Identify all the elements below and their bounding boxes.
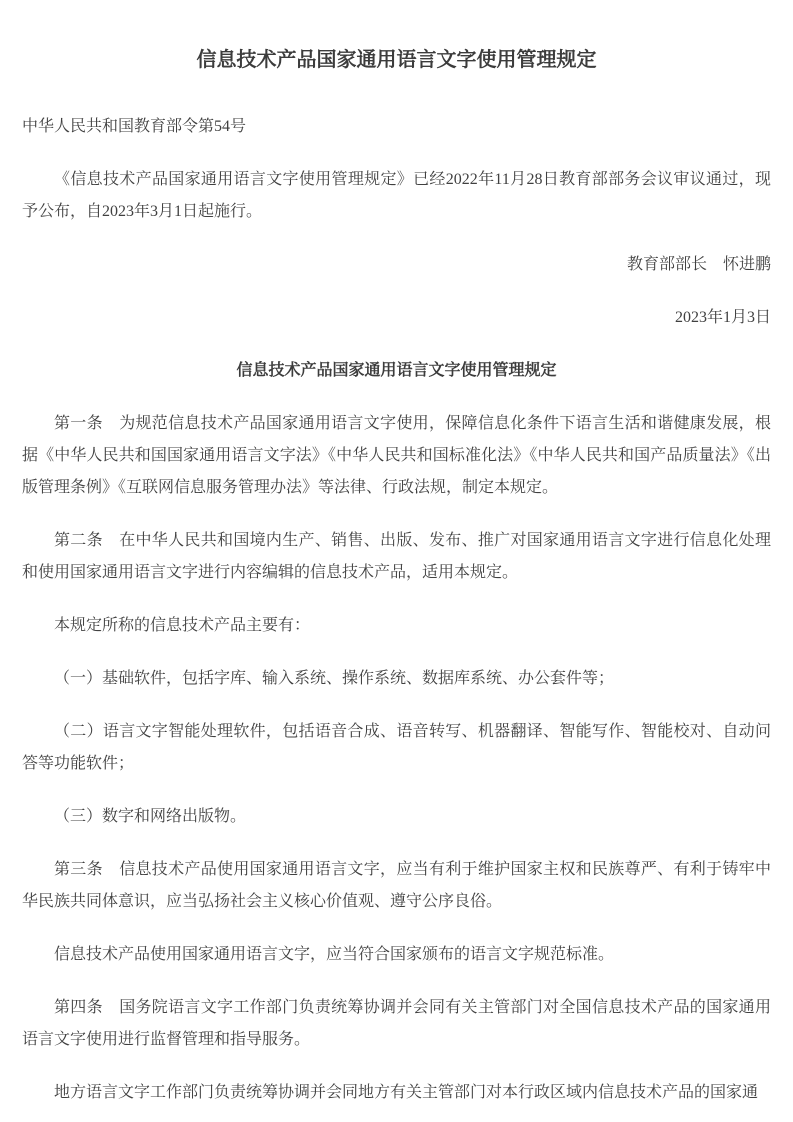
document-body: 第一条 为规范信息技术产品国家通用语言文字使用，保障信息化条件下语言生活和谐健康… — [22, 408, 771, 1109]
body-paragraph: 第三条 信息技术产品使用国家通用语言文字，应当有利于维护国家主权和民族尊严、有利… — [22, 854, 771, 918]
body-paragraph: 本规定所称的信息技术产品主要有： — [22, 610, 771, 642]
body-paragraph: （三）数字和网络出版物。 — [22, 801, 771, 833]
signature-line: 教育部部长 怀进鹏 — [22, 249, 771, 281]
body-paragraph: （一）基础软件，包括字库、输入系统、操作系统、数据库系统、办公套件等； — [22, 663, 771, 695]
document-page: 信息技术产品国家通用语言文字使用管理规定 中华人民共和国教育部令第54号 《信息… — [0, 0, 793, 1122]
document-title: 信息技术产品国家通用语言文字使用管理规定 — [22, 42, 771, 78]
issue-date: 2023年1月3日 — [22, 302, 771, 334]
body-paragraph: 地方语言文字工作部门负责统筹协调并会同地方有关主管部门对本行政区域内信息技术产品… — [22, 1077, 771, 1109]
document-subtitle: 信息技术产品国家通用语言文字使用管理规定 — [22, 355, 771, 387]
decree-number: 中华人民共和国教育部令第54号 — [22, 111, 771, 143]
body-paragraph: 第二条 在中华人民共和国境内生产、销售、出版、发布、推广对国家通用语言文字进行信… — [22, 525, 771, 589]
body-paragraph: （二）语言文字智能处理软件，包括语音合成、语音转写、机器翻译、智能写作、智能校对… — [22, 716, 771, 780]
body-paragraph: 第四条 国务院语言文字工作部门负责统筹协调并会同有关主管部门对全国信息技术产品的… — [22, 992, 771, 1056]
body-paragraph: 第一条 为规范信息技术产品国家通用语言文字使用，保障信息化条件下语言生活和谐健康… — [22, 408, 771, 504]
body-paragraph: 信息技术产品使用国家通用语言文字，应当符合国家颁布的语言文字规范标准。 — [22, 939, 771, 971]
announcement-paragraph: 《信息技术产品国家通用语言文字使用管理规定》已经2022年11月28日教育部部务… — [22, 164, 771, 228]
